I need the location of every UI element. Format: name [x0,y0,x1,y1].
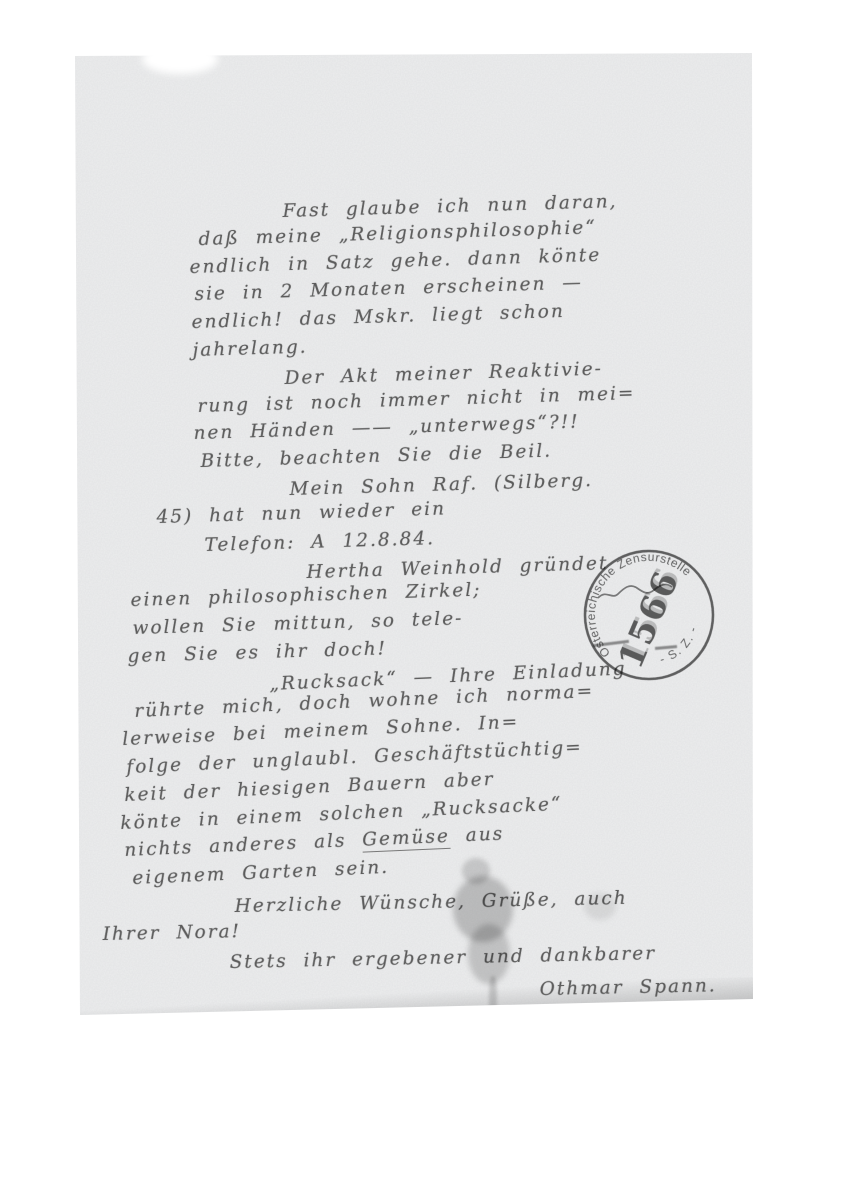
scanned-letter-page: Fast glaube ich nun daran,daß meine „Rel… [0,0,843,1189]
ink-blot [468,924,510,984]
ink-blot-faint [584,893,616,920]
letter-paper: Fast glaube ich nun daran,daß meine „Rel… [0,0,843,1189]
underlined-word: Gemüse [362,826,451,853]
paper-white-patch [142,44,218,74]
pen-scribble [594,570,678,612]
ink-blot-dot [487,1032,498,1047]
